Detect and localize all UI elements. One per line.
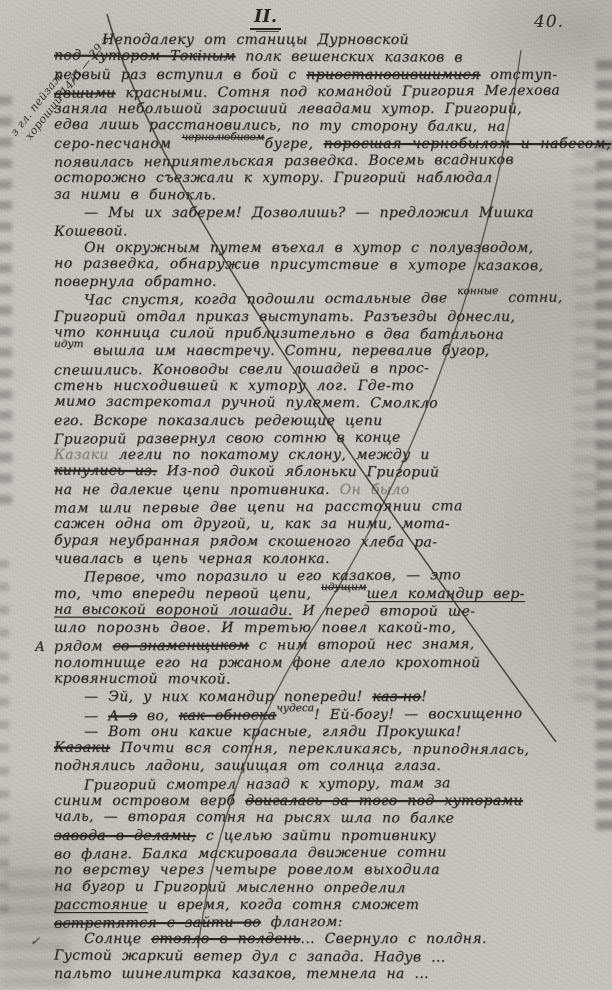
handwritten-text: бурая неубранная рядом скошеного хлеба р… [54, 532, 437, 550]
handwritten-text: там шли первые две цепи на расстоянии ст… [54, 498, 463, 516]
underlined-text: на высокой вороной лошади. [54, 601, 293, 618]
handwritten-text: рядом [54, 639, 113, 655]
handwritten-text: но разведка, обнаружив присутствие в хут… [54, 255, 544, 274]
manuscript-line: осторожно съезжали к хутору. Григорий на… [54, 170, 608, 187]
manuscript-line: во фланг. Балка маскировала движение сот… [54, 843, 608, 864]
struck-text: приостановившимися [306, 67, 480, 83]
struck-text: под хутором Токіным [54, 48, 236, 65]
struck-text: авшими [54, 85, 116, 101]
handwritten-text: полк вешенских казаков в [235, 49, 462, 66]
manuscript-line: серо-песчаном чернолюбивомбугре, поросша… [54, 136, 608, 153]
handwritten-text: — Вот они какие красные, гляди Прокушка! [84, 724, 461, 740]
handwritten-text: Густой жаркий ветер дул с запада. Надув … [54, 947, 446, 965]
handwritten-text: чаль, — вторая сотня на рысях шла по бал… [54, 809, 454, 827]
handwritten-text: его. Вскоре показались редеющие цепи [54, 413, 382, 429]
manuscript-line: синим островом верб двигалась за того по… [54, 793, 608, 810]
manuscript-line: заняла небольшой заросший левадами хутор… [54, 101, 608, 118]
handwritten-text: появилась неприятельская разведка. Восем… [54, 152, 514, 171]
manuscript-line: мимо застрекотал ручной пулемет. Смолкло [54, 394, 608, 414]
handwritten-text: повернула обратно. [54, 274, 217, 290]
handwritten-text: Первое, что поразило и его казаков, — эт… [84, 567, 461, 585]
handwritten-text: на не далекие цепи противника. [54, 482, 340, 498]
struck-text: Казаки [54, 740, 110, 756]
struck-text: завода в делами, [54, 828, 196, 844]
handwritten-text: Солнце [84, 931, 151, 947]
manuscript-line: то, что впереди первой цепи, идущимшел к… [54, 586, 608, 603]
handwritten-text: Почти вся сотня, перекликаясь, приподнял… [110, 740, 529, 758]
manuscript-line: что конница силой приблизительно в два б… [54, 325, 608, 345]
handwritten-text: осторожно съезжали к хутору. Григорий на… [54, 170, 492, 186]
manuscript-line: поднялись ладони, защищая от солнца глаз… [54, 758, 608, 775]
handwritten-text: отступ- [480, 67, 557, 83]
handwritten-text: флангом: [261, 914, 343, 930]
handwritten-text: — Эй, у них командир попереди! [84, 689, 372, 705]
manuscript-line: за ними в бинокль. [54, 186, 608, 206]
interline-insert: чудеса [276, 702, 314, 714]
handwritten-text: бугре, [265, 136, 324, 152]
handwritten-text: красными. Сотня под командой Григория Ме… [115, 82, 560, 101]
struck-text: кинулись из. [54, 463, 157, 480]
struck-text: со знаменщиком [113, 638, 249, 655]
handwritten-text: заняла небольшой заросший левадами хутор… [54, 101, 522, 117]
handwritten-text: Григорий смотрел назад к хутору, там за [84, 775, 451, 793]
manuscript-page-scan: 40. II. з гл. пейзаж хороший 14/II — 29 … [0, 0, 612, 990]
manuscript-line: Григорий смотрел назад к хутору, там за [54, 774, 608, 795]
manuscript-line: авшими красными. Сотня под командой Григ… [54, 82, 608, 103]
handwritten-text: во, [137, 708, 179, 724]
page-number: 40. [534, 12, 564, 32]
manuscript-line: Арядом со знаменщиком с ним второй нес з… [54, 636, 608, 657]
faint-text: Казаки [54, 447, 118, 463]
manuscript-line: — А э во, как обноскачудеса! Ей-богу! — … [54, 705, 608, 726]
handwritten-text: Час спустя, когда подошли остальные две [84, 291, 457, 309]
struck-text: А э [108, 708, 137, 724]
manuscript-line: — Эй, у них командир попереди! каз-но! [54, 689, 608, 706]
handwritten-text: по верству через четыре ровелом выходила [54, 862, 440, 878]
handwritten-text: ... Свернуло с полдня. [300, 931, 486, 947]
struck-text: двигалась за того под хуторами [245, 793, 523, 809]
handwritten-text: на бугор и Григорий мысленно определил [54, 878, 406, 896]
handwritten-text: спешились. Коноводы свели лошадей в прос… [54, 360, 429, 378]
manuscript-line: кинулись из. Из-под дикой яблоньки Григо… [54, 463, 608, 483]
manuscript-line: на высокой вороной лошади. И перед второ… [54, 601, 608, 621]
handwritten-text: Неподалеку от станицы Дурновской [102, 32, 409, 48]
handwritten-text: Кошевой. [54, 224, 128, 240]
manuscript-line: Неподалеку от станицы Дурновской [54, 32, 608, 49]
handwritten-text: вышла им навстречу. Сотни, перевалив буг… [83, 343, 489, 359]
handwritten-text: чивалась в цепь черная колонка. [54, 551, 330, 567]
struck-text: зайти во [175, 915, 261, 932]
struck-text: встретятся с [54, 915, 175, 932]
handwritten-text: Из-под дикой яблоньки Григорий [157, 464, 439, 481]
struck-text: каз-но [372, 689, 421, 705]
handwritten-text: сотни, [498, 290, 562, 306]
handwritten-text: первый раз вступил в бой с [54, 67, 306, 83]
handwritten-text: — [84, 708, 108, 724]
manuscript-line: но разведка, обнаружив присутствие в хут… [54, 255, 608, 275]
handwritten-text: с ним второй нес знамя, [249, 637, 475, 654]
handwritten-text: легли по покатому склону, между и [118, 447, 429, 463]
handwritten-text: стень нисходившей к хутору лог. Где-то [54, 378, 414, 394]
faint-text: Он было [340, 482, 410, 498]
manuscript-line: сажен одна от другой, и, как за ними, мо… [54, 516, 608, 533]
manuscript-line: чивалась в цепь черная колонка. [54, 551, 608, 568]
handwritten-text: поднялись ладони, защищая от солнца глаз… [54, 758, 441, 774]
interline-insert: конные [457, 285, 498, 297]
handwritten-text: мимо застрекотал ручной пулемет. Смолкло [54, 394, 438, 412]
manuscript-line: шло порознь двое. И третью повел какой-т… [54, 620, 608, 637]
manuscript-line: пальто шинелитрка казаков, темнела на ..… [54, 966, 608, 983]
manuscript-line: — Мы их заберем! Дозволишь? — предложил … [54, 205, 608, 222]
manuscript-line: по верству через четыре ровелом выходила [54, 862, 608, 879]
manuscript-line: полотнище его на ржаном фоне алело крохо… [54, 655, 608, 672]
manuscript-line: Казаки легли по покатому склону, между и [54, 447, 608, 464]
handwritten-text: едва лишь расстановились, по ту сторону … [54, 117, 505, 135]
handwritten-text: Он окружным путем въехал в хутор с полув… [84, 240, 533, 256]
handwritten-text: Григорий развернул свою сотню в конце [54, 429, 401, 447]
underlined-text: шел командир вер- [366, 586, 524, 602]
handwritten-text: с целью зайти противнику [196, 828, 436, 844]
manuscript-line: Густой жаркий ветер дул с запада. Надув … [54, 947, 608, 967]
margin-letter-mark: А [35, 639, 45, 656]
handwritten-text: ! Ей-богу! — восхищенно [314, 705, 522, 722]
manuscript-line: Григорий развернул свою сотню в конце [54, 428, 608, 449]
manuscript-line: завода в делами, с целью зайти противник… [54, 828, 608, 845]
manuscript-line: идут вышла им навстречу. Сотни, перевали… [54, 343, 608, 360]
manuscript-line: расстояние и время, когда сотня сможет [54, 897, 608, 914]
manuscript-line: Он окружным путем въехал в хутор с полув… [54, 240, 608, 257]
struck-text: как обноска [179, 707, 277, 724]
manuscript-line: — Вот они какие красные, гляди Прокушка! [54, 724, 608, 741]
handwritten-text: сажен одна от другой, и, как за ними, мо… [54, 516, 450, 532]
bleedthrough-left-ghost-text [0, 560, 9, 920]
manuscript-line: на не далекие цепи противника. Он было [54, 482, 608, 499]
handwritten-text: во фланг. Балка маскировала движение сот… [54, 844, 447, 862]
handwritten-text: кровянистой точкой. [54, 671, 231, 688]
manuscript-line: на бугор и Григорий мысленно определил [54, 878, 608, 898]
handwritten-text: пальто шинелитрка казаков, темнела на ..… [54, 966, 429, 982]
manuscript-line: чаль, — вторая сотня на рысях шла по бал… [54, 809, 608, 829]
manuscript-line: стень нисходившей к хутору лог. Где-то [54, 378, 608, 395]
handwritten-text: И перед второй ше- [293, 603, 476, 620]
manuscript-line: его. Вскоре показались редеющие цепи [54, 413, 608, 430]
struck-text: стояло в полдень [151, 931, 300, 947]
margin-check-mark: ✓ [30, 933, 40, 950]
struck-text: поросшая чернобылом и набегом, [324, 136, 611, 152]
handwritten-text: что конница силой приблизительно в два б… [54, 325, 504, 343]
interline-insert-struck: чернолюбивом [182, 131, 265, 143]
manuscript-line: появилась неприятельская разведка. Восем… [54, 151, 608, 172]
underlined-text: расстояние [54, 897, 148, 913]
handwritten-text: Григорий отдал приказ выступать. Разъезд… [54, 309, 515, 325]
manuscript-line: Час спустя, когда подошли остальные две … [54, 290, 608, 311]
handwritten-text: то, что впереди первой цепи, [54, 586, 321, 602]
manuscript-line: бурая неубранная рядом скошеного хлеба р… [54, 532, 608, 552]
interline-insert: идут [54, 338, 83, 350]
handwritten-text: шло порознь двое. И третью повел какой-т… [54, 620, 456, 636]
manuscript-line: первый раз вступил в бой с приостановивш… [54, 67, 608, 84]
manuscript-line: спешились. Коноводы свели лошадей в прос… [54, 359, 608, 380]
manuscript-line: кровянистой точкой. [54, 671, 608, 691]
manuscript-line: там шли первые две цепи на расстоянии ст… [54, 497, 608, 518]
chapter-heading: II. [250, 6, 281, 30]
manuscript-line: ✓Солнце стояло в полдень... Свернуло с п… [54, 931, 608, 948]
handwritten-text: ! [421, 689, 427, 705]
handwritten-text: серо-песчаном [54, 136, 182, 152]
handwritten-text: и время, когда сотня сможет [148, 897, 419, 913]
handwritten-text: — Мы их заберем! Дозволишь? — предложил … [84, 205, 534, 221]
manuscript-line: под хутором Токіным полк вешенских казак… [54, 48, 608, 68]
handwritten-text: за ними в бинокль. [54, 186, 216, 203]
manuscript-line: встретятся с зайти во флангом: [54, 912, 608, 933]
manuscript-line: Григорий отдал приказ выступать. Разъезд… [54, 309, 608, 326]
manuscript-line: Кошевой. [54, 221, 608, 242]
manuscript-line: Казаки Почти вся сотня, перекликаясь, пр… [54, 740, 608, 760]
handwritten-text: полотнище его на ржаном фоне алело крохо… [54, 655, 480, 671]
bleedthrough-left-ghost-text [0, 96, 12, 516]
handwritten-text: синим островом верб [54, 793, 245, 809]
interline-insert-struck: идущим [321, 581, 367, 593]
manuscript-text: Неподалеку от станицы Дурновскойпод хуто… [54, 32, 608, 983]
manuscript-line: едва лишь расстановились, по ту сторону … [54, 117, 608, 137]
